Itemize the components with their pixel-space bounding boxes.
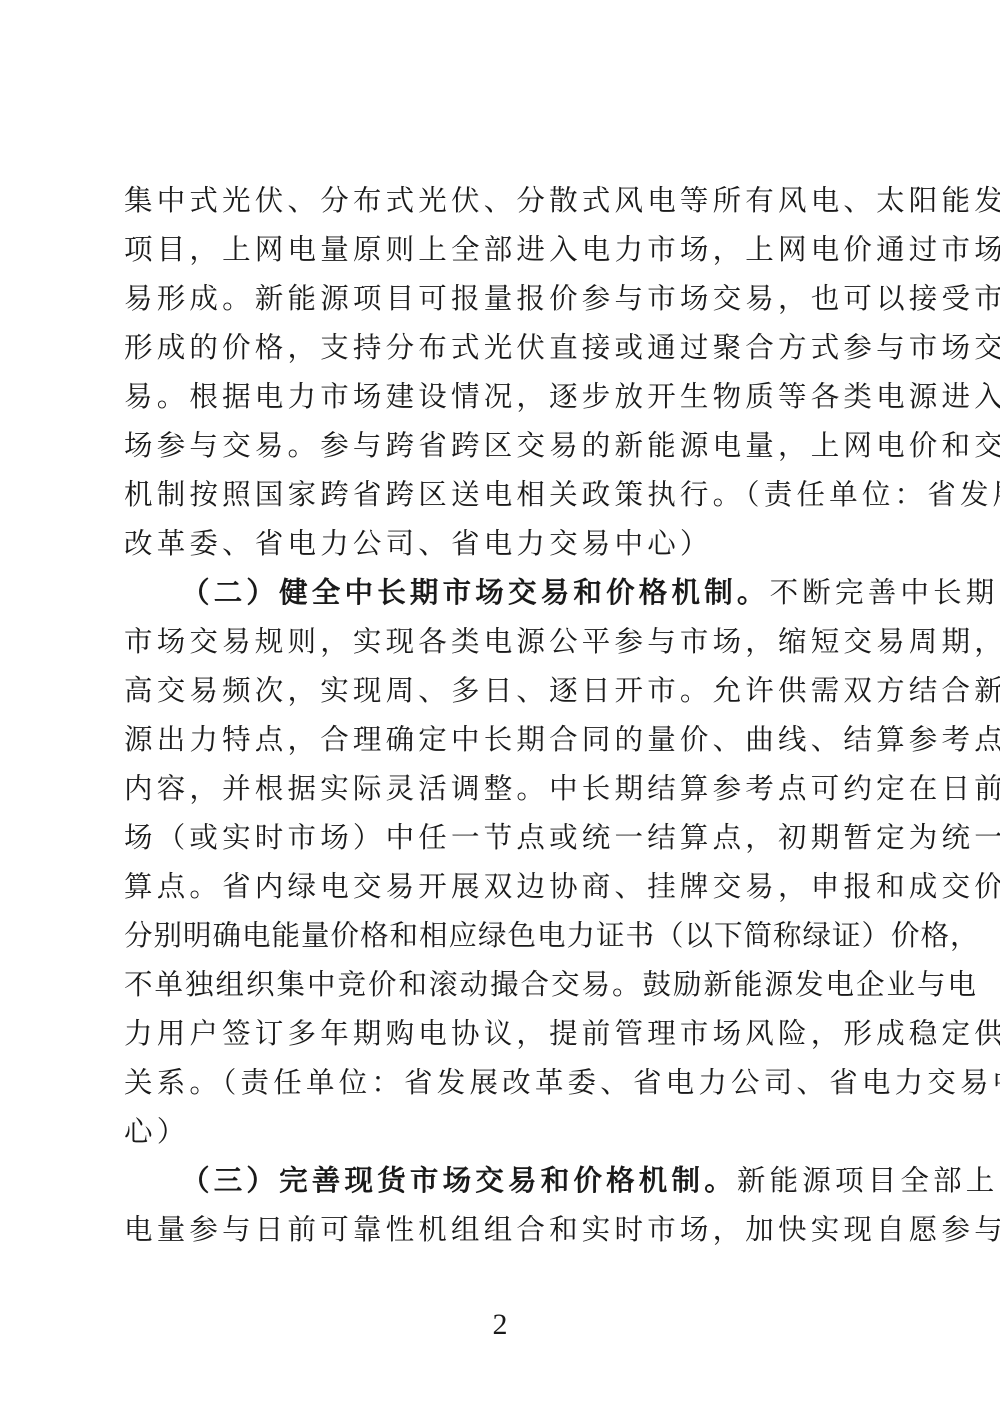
text-run: 新能源项目全部上网 [737, 1164, 1000, 1197]
text-line: 机制按照国家跨省跨区送电相关政策执行。（责任单位：省发展 [124, 470, 864, 519]
text-line: 易形成。新能源项目可报量报价参与市场交易，也可以接受市场 [124, 274, 864, 323]
text-line: 场（或实时市场）中任一节点或统一结算点，初期暂定为统一结 [124, 813, 864, 862]
text-line: 形成的价格，支持分布式光伏直接或通过聚合方式参与市场交 [124, 323, 864, 372]
text-line: 分别明确电能量价格和相应绿色电力证书（以下简称绿证）价格， [124, 911, 864, 960]
text-line: 源出力特点，合理确定中长期合同的量价、曲线、结算参考点等 [124, 715, 864, 764]
text-line: 心） [124, 1107, 864, 1156]
section-3-paragraph: （三）完善现货市场交易和价格机制。新能源项目全部上网 电量参与日前可靠性机组组合… [124, 1156, 864, 1254]
text-line: 关系。（责任单位：省发展改革委、省电力公司、省电力交易中 [124, 1058, 864, 1107]
section-heading-line: （二）健全中长期市场交易和价格机制。不断完善中长期 [124, 568, 864, 617]
text-line: 力用户签订多年期购电协议，提前管理市场风险，形成稳定供求 [124, 1009, 864, 1058]
text-run: 不断完善中长期 [770, 576, 999, 609]
text-line: 项目，上网电量原则上全部进入电力市场，上网电价通过市场交 [124, 225, 864, 274]
text-line: 市场交易规则，实现各类电源公平参与市场，缩短交易周期，提 [124, 617, 864, 666]
section-2-heading: （二）健全中长期市场交易和价格机制。 [181, 575, 770, 609]
text-line: 算点。省内绿电交易开展双边协商、挂牌交易，申报和成交价格 [124, 862, 864, 911]
page-number: 2 [0, 1308, 1000, 1342]
text-line: 场参与交易。参与跨省跨区交易的新能源电量，上网电价和交易 [124, 421, 864, 470]
text-line: 改革委、省电力公司、省电力交易中心） [124, 519, 864, 568]
text-line: 电量参与日前可靠性机组组合和实时市场，加快实现自愿参与日 [124, 1205, 864, 1254]
section-2-paragraph: （二）健全中长期市场交易和价格机制。不断完善中长期 市场交易规则，实现各类电源公… [124, 568, 864, 1156]
text-line: 高交易频次，实现周、多日、逐日开市。允许供需双方结合新能 [124, 666, 864, 715]
text-line: 内容，并根据实际灵活调整。中长期结算参考点可约定在日前市 [124, 764, 864, 813]
paragraph-continued: 集中式光伏、分布式光伏、分散式风电等所有风电、太阳能发电 项目，上网电量原则上全… [124, 176, 864, 568]
text-line: 集中式光伏、分布式光伏、分散式风电等所有风电、太阳能发电 [124, 176, 864, 225]
section-heading-line: （三）完善现货市场交易和价格机制。新能源项目全部上网 [124, 1156, 864, 1205]
text-line: 易。根据电力市场建设情况，逐步放开生物质等各类电源进入市 [124, 372, 864, 421]
section-3-heading: （三）完善现货市场交易和价格机制。 [181, 1163, 737, 1197]
document-page: 集中式光伏、分布式光伏、分散式风电等所有风电、太阳能发电 项目，上网电量原则上全… [124, 176, 864, 1254]
text-line: 不单独组织集中竞价和滚动撮合交易。鼓励新能源发电企业与电 [124, 960, 864, 1009]
